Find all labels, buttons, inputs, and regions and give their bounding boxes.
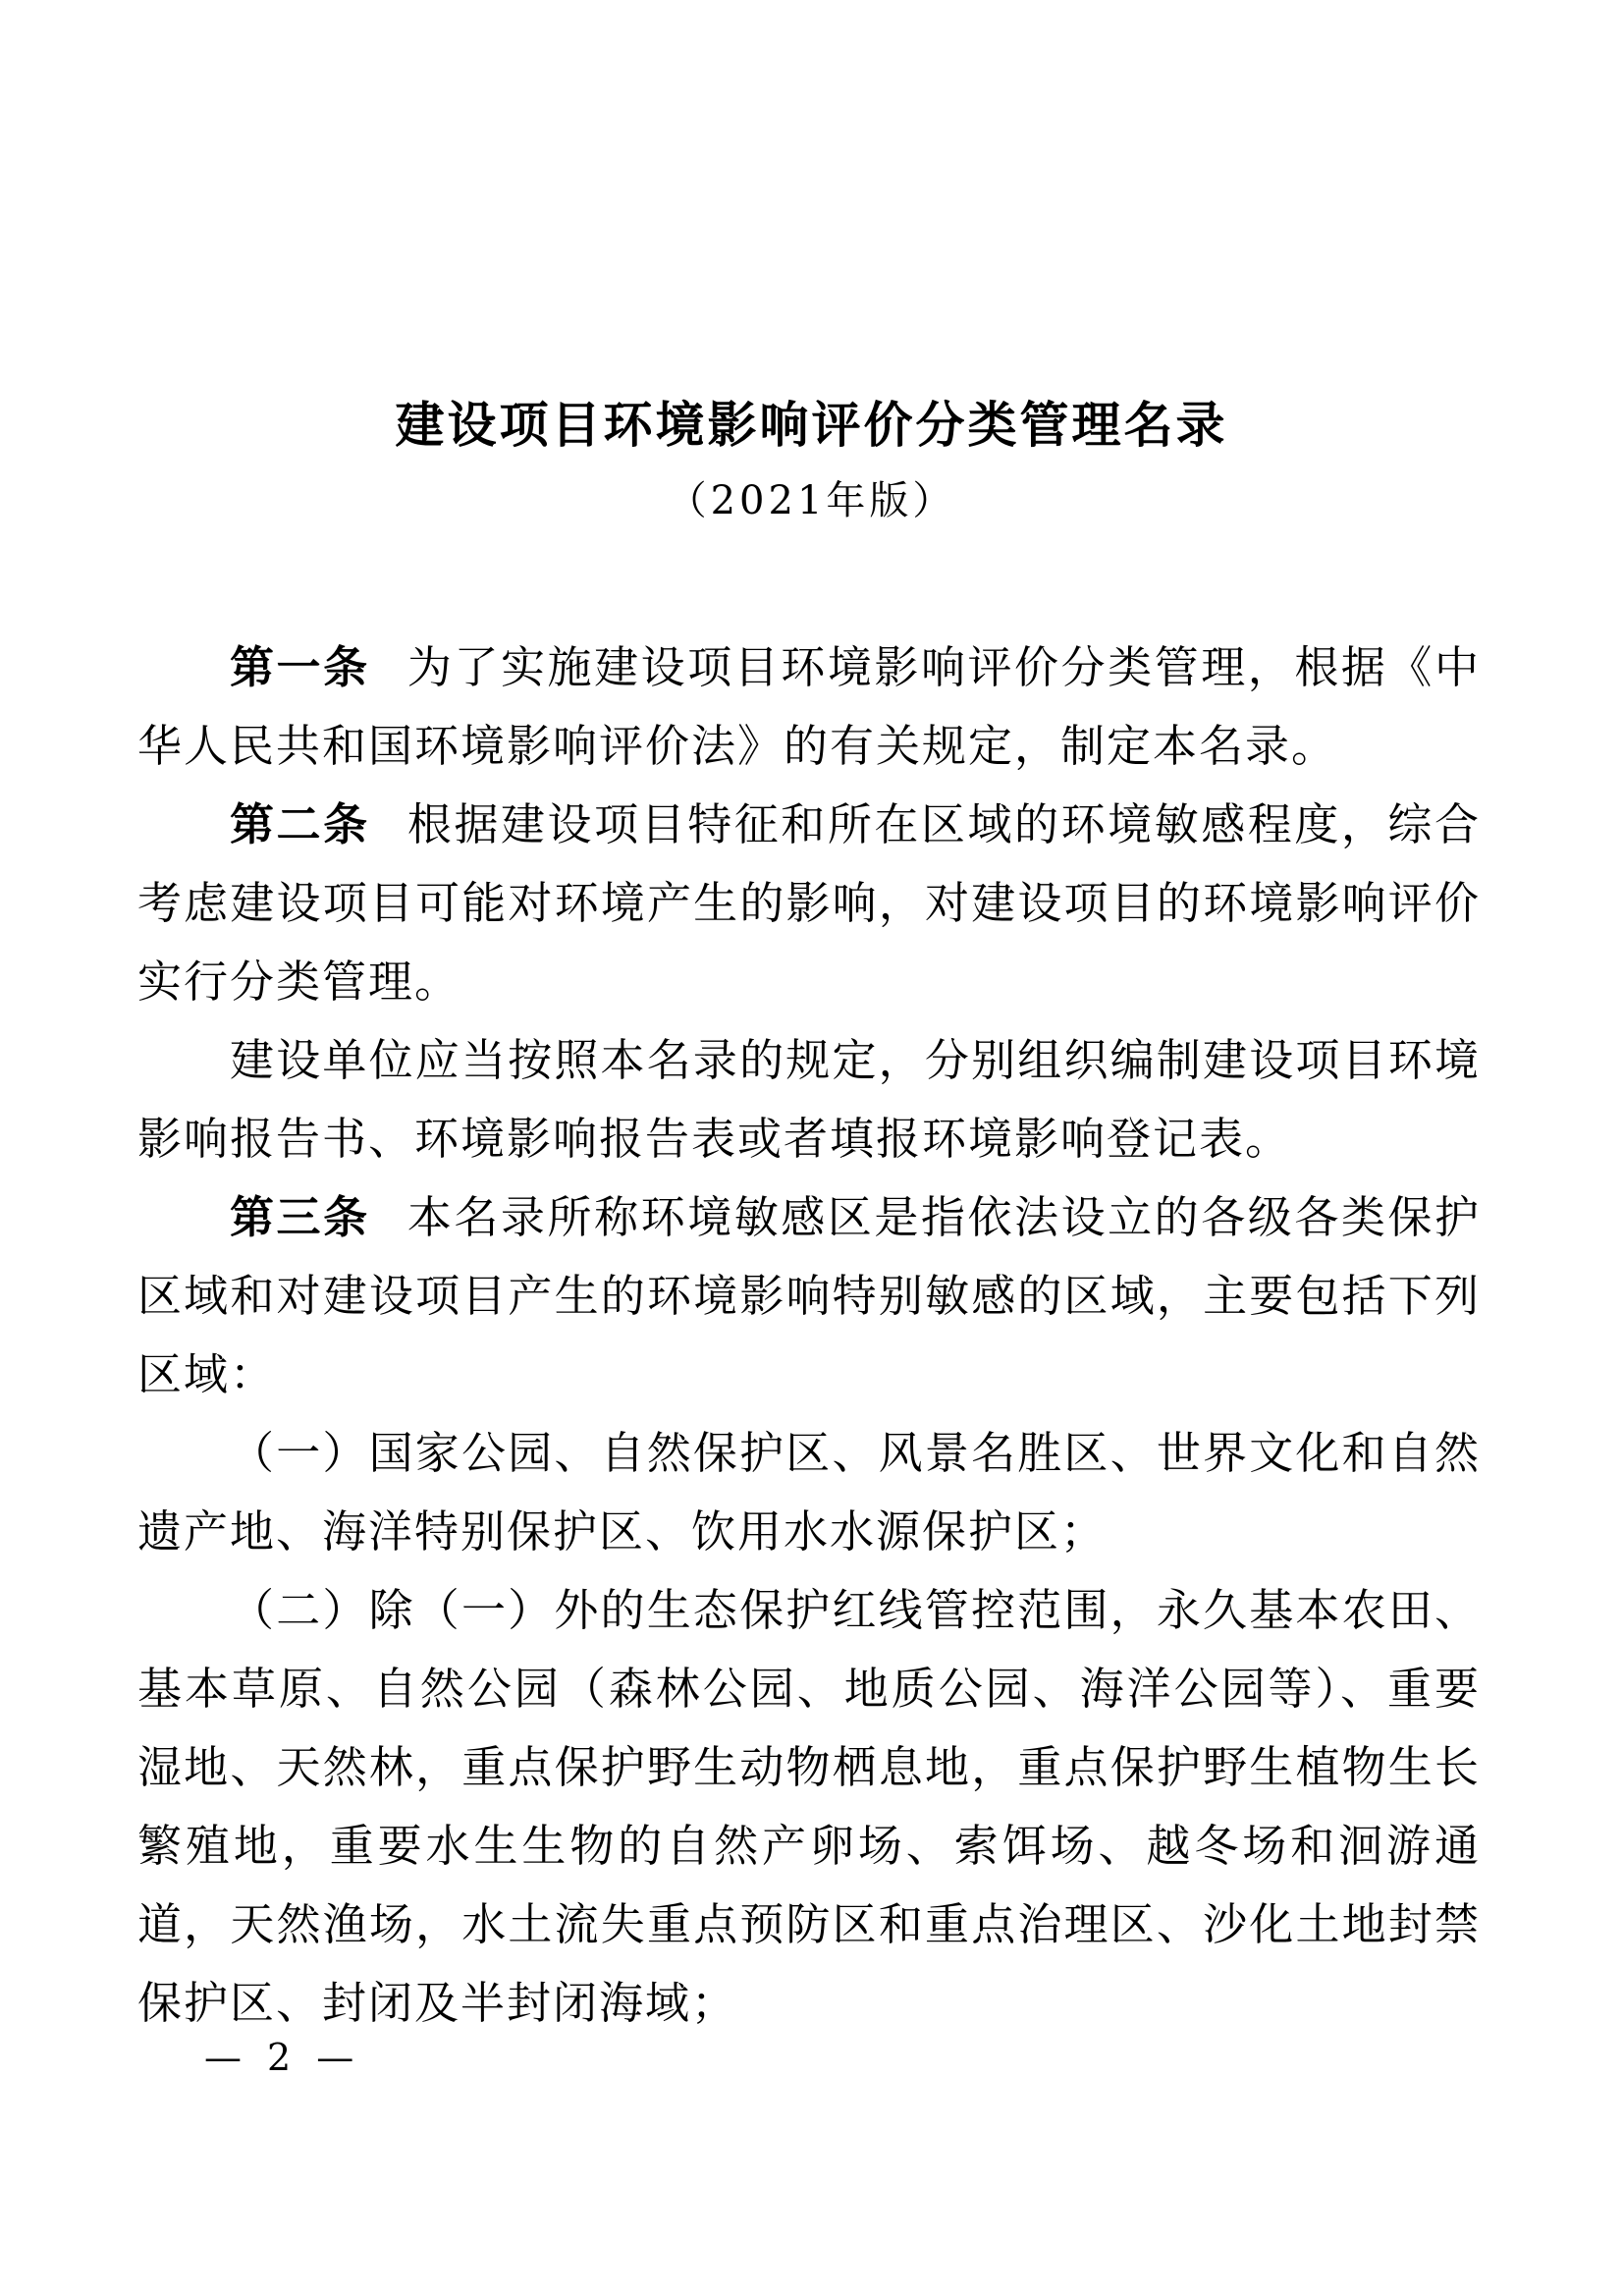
paragraph-item-1: （一）国家公园、自然保护区、风景名胜区、世界文化和自然遗产地、海洋特别保护区、饮… <box>137 1414 1481 1571</box>
paragraph-article-1: 第一条为了实施建设项目环境影响评价分类管理，根据《中华人民共和国环境影响评价法》… <box>137 629 1481 786</box>
item-1-text: （一）国家公园、自然保护区、风景名胜区、世界文化和自然遗产地、海洋特别保护区、饮… <box>137 1427 1481 1558</box>
document-body: 第一条为了实施建设项目环境影响评价分类管理，根据《中华人民共和国环境影响评价法》… <box>137 629 1481 2043</box>
article-1-term: 第一条 <box>230 641 370 693</box>
page-subtitle: （2021年版） <box>0 478 1623 523</box>
article-2b-text: 建设单位应当按照本名录的规定，分别组织编制建设项目环境影响报告书、环境影响报告表… <box>137 1034 1481 1165</box>
document-page: 建设项目环境影响评价分类管理名录 （2021年版） 第一条为了实施建设项目环境影… <box>0 0 1623 2296</box>
paragraph-item-2: （二）除（一）外的生态保护红线管控范围，永久基本农田、基本草原、自然公园（森林公… <box>137 1571 1481 2043</box>
page-footer: —2— <box>204 2035 353 2080</box>
footer-dash-right: — <box>316 2035 353 2080</box>
paragraph-article-3: 第三条本名录所称环境敏感区是指依法设立的各级各类保护区域和对建设项目产生的环境影… <box>137 1178 1481 1414</box>
page-title: 建设项目环境影响评价分类管理名录 <box>0 395 1623 456</box>
item-2-text: （二）除（一）外的生态保护红线管控范围，永久基本农田、基本草原、自然公园（森林公… <box>137 1584 1481 2029</box>
paragraph-article-2-continuation: 建设单位应当按照本名录的规定，分别组织编制建设项目环境影响报告书、环境影响报告表… <box>137 1021 1481 1178</box>
article-2-term: 第二条 <box>230 798 370 850</box>
footer-dash-left: — <box>204 2035 242 2080</box>
paragraph-article-2: 第二条根据建设项目特征和所在区域的环境敏感程度，综合考虑建设项目可能对环境产生的… <box>137 786 1481 1021</box>
article-3-term: 第三条 <box>230 1191 370 1243</box>
page-number: 2 <box>267 2035 291 2080</box>
